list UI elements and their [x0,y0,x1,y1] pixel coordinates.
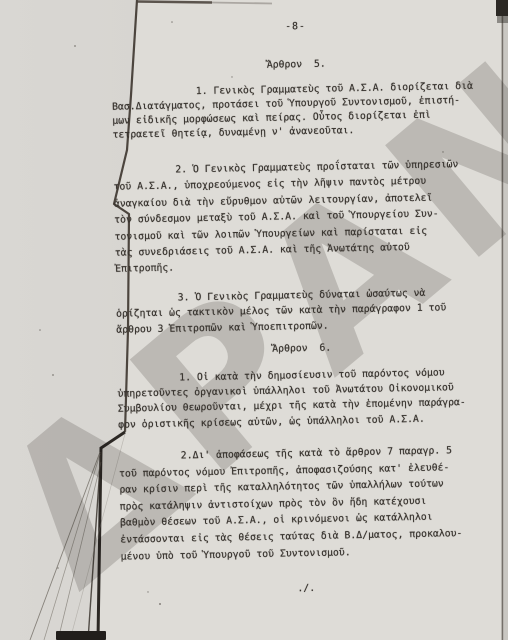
article-heading-label: Ἄρθρον 5. [267,59,326,71]
article-5-paragraph-3: 3. Ὁ Γενικὸς Γραμματεὺς δύναται ὡσαύτως … [116,285,487,338]
article-5-paragraph-2: 2. Ὁ Γενικὸς Γραμματεὺς προΐσταται τῶν ὑ… [113,157,485,279]
article-5-paragraph-1: 1. Γενικὸς Γραμματεὺς τοῦ Α.Σ.Α. διορίζε… [112,80,483,143]
corner-notch-fade [497,16,508,23]
article-heading-label: Ἄρθρον 6. [272,343,331,355]
scan-right-strip [503,0,508,640]
article-6-heading: Ἄρθρον 6. [117,340,487,358]
article-5-heading: Ἄρθρον 5. [111,56,481,74]
article-6-paragraph-1: 1. Οἱ κατὰ τὴν δημοσίευσιν τοῦ παρόντος … [117,365,488,433]
corner-notch-top-right [496,0,508,16]
typed-text-layer: -8- Ἄρθρον 5. 1. Γενικὸς Γραμματεὺς τοῦ … [110,0,492,640]
page-number: -8- [110,18,480,36]
corner-bar-bottom-left [56,631,106,640]
article-6-paragraph-2: 2.Δι' ἀποφάσεως τῆς κατὰ τὸ ἄρθρον 7 παρ… [119,443,491,566]
continuation-mark: ./. [121,580,491,598]
scanned-document-page: ΔΡΑΝ -8- Ἄρθρον 5. 1. Γενικὸς Γραμματεὺς… [0,0,508,640]
